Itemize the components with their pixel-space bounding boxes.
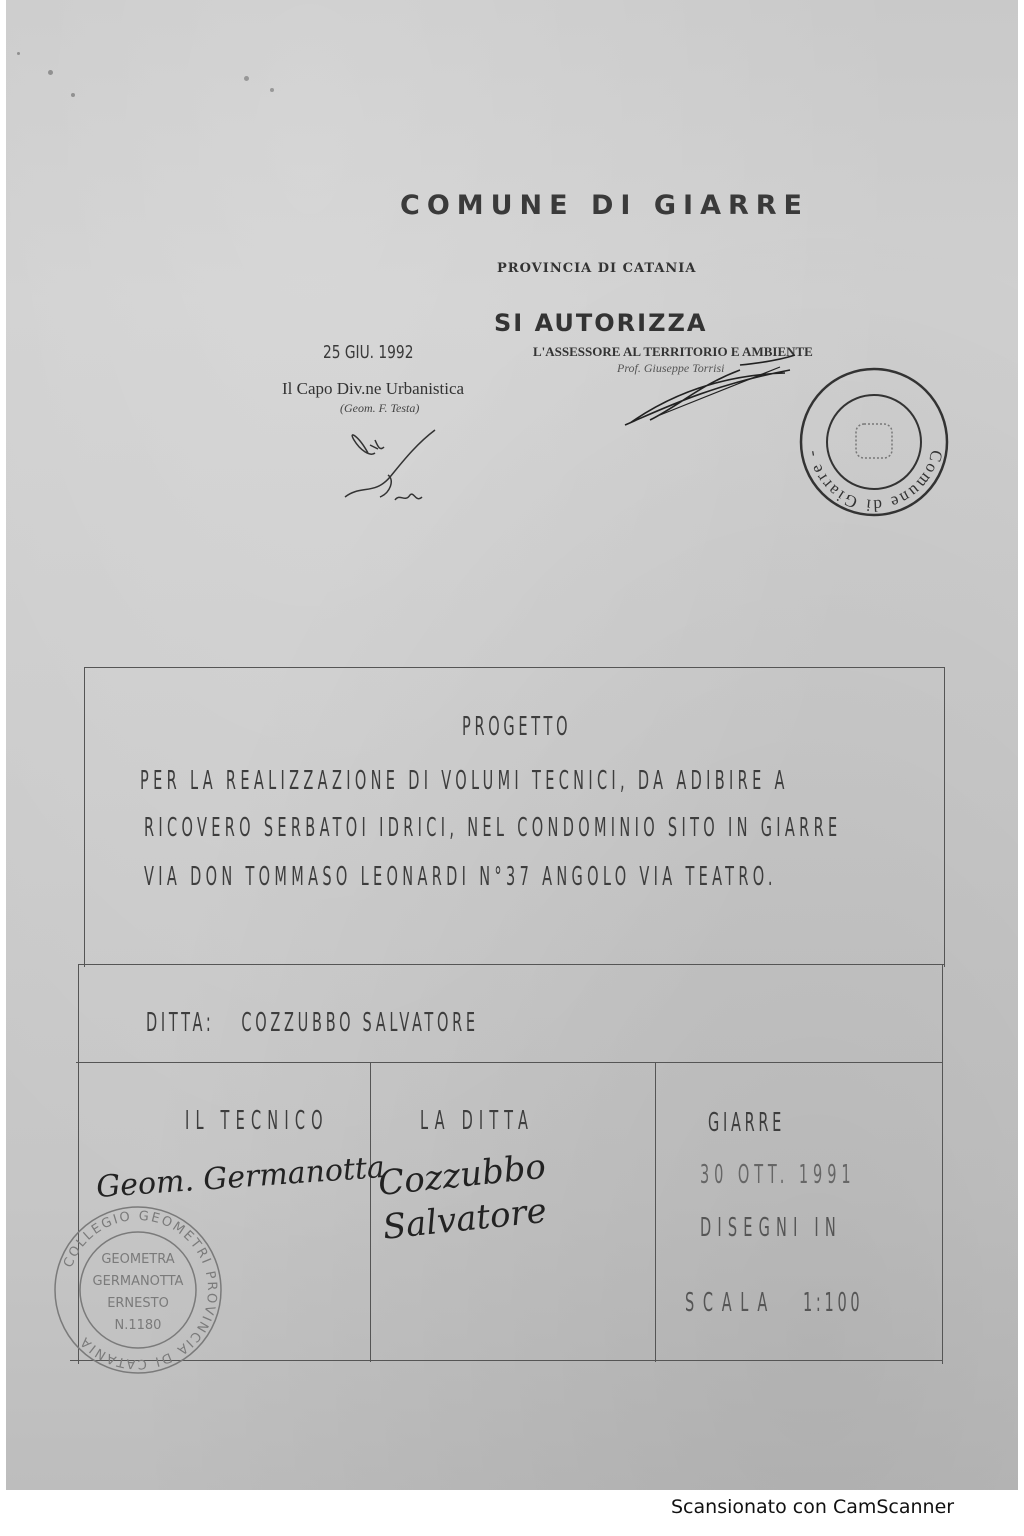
info-drawings-label: DISEGNI IN xyxy=(700,1213,842,1243)
technician-stamp: COLLEGIO GEOMETRI PROVINCIA DI CATANIA G… xyxy=(52,1205,224,1375)
stain xyxy=(244,76,249,81)
technician-label: IL TECNICO xyxy=(185,1106,329,1136)
stain xyxy=(71,93,75,97)
left-signatory-title: Il Capo Div.ne Urbanistica xyxy=(282,379,464,399)
info-scale-value: 1:100 xyxy=(803,1288,863,1318)
info-scale-row: SCALA 1:100 xyxy=(685,1288,863,1318)
info-date: 30 OTT. 1991 xyxy=(700,1160,856,1190)
authorization-stamp: SI AUTORIZZA xyxy=(494,309,707,337)
project-line-1: PER LA REALIZZAZIONE DI VOLUMI TECNICI, … xyxy=(140,766,789,796)
project-line-3: VIA DON TOMMASO LEONARDI N°37 ANGOLO VIA… xyxy=(144,862,777,892)
svg-text:GEOMETRA: GEOMETRA xyxy=(101,1252,174,1267)
svg-text:N.1180: N.1180 xyxy=(115,1318,162,1333)
box-column-divider-1 xyxy=(370,1062,371,1362)
right-signature-icon xyxy=(620,355,800,430)
province-label: PROVINCIA DI CATANIA xyxy=(497,261,696,276)
box-column-divider-2 xyxy=(655,1062,656,1362)
box-border-right-lower xyxy=(942,964,943,1364)
box-border-left-upper xyxy=(84,667,85,967)
scanner-watermark: Scansionato con CamScanner xyxy=(671,1496,954,1518)
stain xyxy=(270,88,274,92)
company-name: COZZUBBO SALVATORE xyxy=(241,1008,478,1038)
left-signature-icon xyxy=(340,425,450,515)
company-label: DITTA: xyxy=(146,1008,214,1038)
box-border-top xyxy=(84,667,945,668)
svg-text:GERMANOTTA: GERMANOTTA xyxy=(93,1274,184,1289)
municipality-title: COMUNE DI GIARRE xyxy=(400,190,809,221)
left-signatory-name: (Geom. F. Testa) xyxy=(340,401,419,416)
info-city: GIARRE xyxy=(708,1108,785,1138)
box-divider-2 xyxy=(76,1062,943,1063)
company-row: DITTA: COZZUBBO SALVATORE xyxy=(146,1008,479,1038)
box-divider-1 xyxy=(78,964,944,965)
municipality-round-stamp: Comune di Giarre - V. Settore xyxy=(798,366,950,518)
box-border-right-upper xyxy=(944,667,945,967)
svg-text:Comune di Giarre - V. Settore: Comune di Giarre - V. Settore xyxy=(792,351,947,515)
info-scale-label: SCALA xyxy=(685,1288,776,1318)
company-signature-label: LA DITTA xyxy=(420,1106,534,1136)
authorization-date: 25 GIU. 1992 xyxy=(323,342,413,363)
project-heading: PROGETTO xyxy=(462,712,571,742)
stain xyxy=(17,52,20,55)
project-line-2: RICOVERO SERBATOI IDRICI, NEL CONDOMINIO… xyxy=(144,813,842,843)
svg-text:ERNESTO: ERNESTO xyxy=(107,1296,169,1311)
stain xyxy=(48,70,53,75)
